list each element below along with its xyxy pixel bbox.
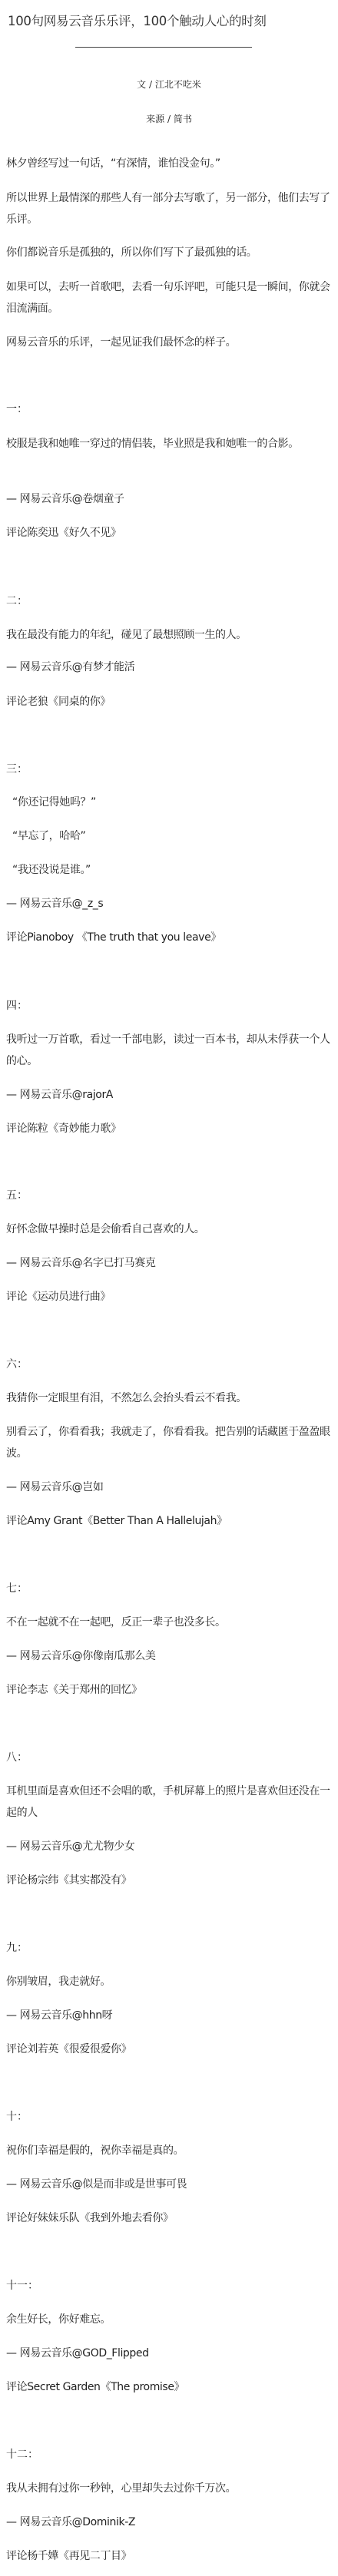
song-reference: 评论陈粒《奇妙能力歌》 xyxy=(6,1118,332,1139)
section-heading: 五： xyxy=(6,1185,28,1206)
intro-paragraph: 你们都说音乐是孤独的，所以你们写下了最孤独的话。 xyxy=(6,242,332,263)
section-heading: 十一： xyxy=(6,2275,38,2297)
comment-attribution: — 网易云音乐@卷烟童子 xyxy=(6,488,332,510)
comment-text: 我猜你一定眼里有泪，不然怎么会抬头看云不看我。 xyxy=(6,1387,332,1409)
song-reference: 评论好妹妹乐队《我到外地去看你》 xyxy=(6,2207,332,2229)
comment-attribution: — 网易云音乐@岂如 xyxy=(6,1476,332,1498)
section-heading: 十： xyxy=(6,2106,28,2128)
source-line: 来源 / 简书 xyxy=(0,112,338,125)
comment-text: 校服是我和她唯一穿过的情侣装，毕业照是我和她唯一的合影。 xyxy=(6,433,332,455)
song-reference: 评论老狼《同桌的你》 xyxy=(6,691,332,713)
article-title: 100句网易云音乐乐评，100个触动人心的时刻 xyxy=(0,11,338,29)
song-reference: 评论Pianoboy 《The truth that you leave》 xyxy=(6,927,332,948)
section-heading: 十二： xyxy=(6,2444,38,2465)
song-reference: 评论陈奕迅《好久不见》 xyxy=(6,522,332,544)
comment-text: 余生好长，你好难忘。 xyxy=(6,2309,332,2330)
song-reference: 评论李志《关于郑州的回忆》 xyxy=(6,1679,332,1701)
comment-text: “我还没说是谁。” xyxy=(12,859,338,881)
comment-attribution: — 网易云音乐@你像南瓜那么美 xyxy=(6,1645,332,1667)
intro-paragraph: 如果可以，去听一首歌吧，去看一句乐评吧，可能只是一瞬间，你就会泪流满面。 xyxy=(6,276,332,319)
comment-attribution: — 网易云音乐@名字已打马赛克 xyxy=(6,1252,332,1274)
intro-paragraph: 林夕曾经写过一句话，“有深情，谁怕没金句。” xyxy=(6,153,332,174)
section-heading: 四： xyxy=(6,995,28,1017)
author-line: 文 / 江北不吃米 xyxy=(0,78,338,91)
song-reference: 评论《运动员进行曲》 xyxy=(6,1286,332,1308)
comment-attribution: — 网易云音乐@有梦才能活 xyxy=(6,656,332,678)
comment-text: 祝你们幸福是假的，祝你幸福是真的。 xyxy=(6,2140,332,2161)
comment-attribution: — 网易云音乐@GOD_Flipped xyxy=(6,2343,332,2364)
intro-paragraph: 所以世界上最情深的那些人有一部分去写歌了，另一部分，他们去写了乐评。 xyxy=(6,187,332,230)
comment-text: 我听过一万首歌，看过一千部电影，读过一百本书，却从未俘获一个人的心。 xyxy=(6,1029,332,1072)
song-reference: 评论杨千嬅《再见二丁目》 xyxy=(6,2545,332,2567)
comment-text: “你还记得她吗？” xyxy=(12,792,338,813)
comment-attribution: — 网易云音乐@rajorA xyxy=(6,1084,332,1106)
section-heading: 三： xyxy=(6,759,28,780)
song-reference: 评论杨宗纬《其实都没有》 xyxy=(6,1870,332,1891)
comment-text: 别看云了，你看看我；我就走了，你看看我。把告别的话藏匿于盈盈眼波。 xyxy=(6,1421,332,1464)
section-heading: 一： xyxy=(6,398,28,420)
comment-text: 我在最没有能力的年纪，碰见了最想照顾一生的人。 xyxy=(6,624,332,646)
comment-text: 不在一起就不在一起吧，反正一辈子也没多长。 xyxy=(6,1612,332,1633)
section-heading: 八： xyxy=(6,1747,28,1768)
song-reference: 评论Secret Garden《The promise》 xyxy=(6,2376,332,2398)
section-heading: 七： xyxy=(6,1578,28,1599)
comment-attribution: — 网易云音乐@似是而非或是世事可畏 xyxy=(6,2174,332,2195)
title-divider xyxy=(75,47,252,48)
comment-attribution: — 网易云音乐@_z_s xyxy=(6,893,332,914)
comment-text: 你别皱眉，我走就好。 xyxy=(6,1971,332,1992)
section-heading: 二： xyxy=(6,590,28,612)
comment-text: 好怀念做早操时总是会偷看自己喜欢的人。 xyxy=(6,1219,332,1240)
comment-attribution: — 网易云音乐@hhn呀 xyxy=(6,2005,332,2026)
song-reference: 评论Amy Grant《Better Than A Hallelujah》 xyxy=(6,1510,332,1532)
section-heading: 九： xyxy=(6,1937,28,1959)
comment-attribution: — 网易云音乐@尤尤物少女 xyxy=(6,1836,332,1857)
comment-text: 我从未拥有过你一秒钟，心里却失去过你千万次。 xyxy=(6,2478,332,2499)
section-heading: 六： xyxy=(6,1354,28,1375)
song-reference: 评论刘若英《很爱很爱你》 xyxy=(6,2039,332,2060)
intro-paragraph: 网易云音乐的乐评，一起见证我们最怀念的样子。 xyxy=(6,332,332,353)
comment-text: 耳机里面是喜欢但还不会唱的歌，手机屏幕上的照片是喜欢但还没在一起的人 xyxy=(6,1781,332,1824)
comment-attribution: — 网易云音乐@Dominik-Z xyxy=(6,2512,332,2533)
comment-text: “早忘了，哈哈” xyxy=(12,825,338,847)
